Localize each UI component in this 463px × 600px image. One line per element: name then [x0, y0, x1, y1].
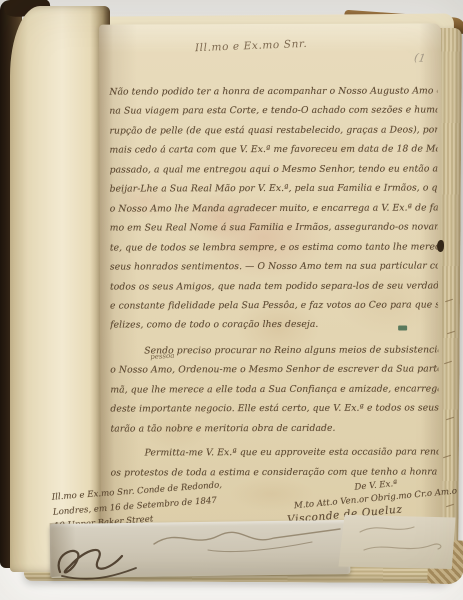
folio-number: (1 — [413, 51, 426, 66]
manuscript-line: mais cedo á carta com que V. Ex.ª me fav… — [109, 140, 437, 161]
manuscript-line: na Sua viagem para esta Corte, e tendo-O… — [109, 101, 437, 122]
manuscript-line: passado, a qual me entregou aqui o Mesmo… — [110, 159, 438, 180]
green-mark — [398, 326, 407, 331]
manuscript-line: deste importante negocio. Elle está cert… — [110, 399, 438, 420]
manuscript-line: o Nosso Amo, Ordenou-me o Mesmo Senhor d… — [110, 360, 438, 381]
manuscript-line: Não tendo podido ter a honra de acompanh… — [109, 81, 437, 102]
ink-monogram-flourish — [48, 540, 148, 582]
manuscript-line: tarão a tão nobre e meritoria obra de ca… — [110, 418, 438, 439]
salutation: Ill.mo e Ex.mo Snr. — [151, 36, 351, 56]
manuscript-page: Ill.mo e Ex.mo Snr. (1 Não tendo podido … — [99, 23, 443, 558]
manuscript-line: mã, que lhe merece a elle toda a Sua Con… — [110, 379, 438, 400]
manuscript-line: seus honrados sentimentos. — O Nosso Amo… — [110, 256, 438, 277]
manuscript-line: todos os seus Amigos, que nada tem podid… — [110, 276, 438, 297]
manuscript-line: te, que de todos se lembra sempre, e os … — [110, 237, 438, 258]
interlinear-insertion: pessoa — [150, 352, 175, 361]
manuscript-line: Permitta-me V. Ex.ª que eu approveite es… — [111, 443, 439, 464]
pencil-scrawl — [352, 516, 452, 566]
manuscript-line: e constante fidelidade pela Sua Pessôa, … — [110, 295, 438, 316]
manuscript-line: beijar-Lhe a Sua Real Mão por V. Ex.ª, p… — [110, 179, 438, 200]
letter-body: Não tendo podido ter a honra de acompanh… — [109, 81, 438, 482]
manuscript-photo: Ill.mo e Ex.mo Snr. (1 Não tendo podido … — [0, 0, 463, 600]
manuscript-line: mo em Seu Real Nome á sua Familia e Irmã… — [110, 218, 438, 239]
ink-blot — [437, 240, 444, 252]
manuscript-line: o Nosso Amo lhe Manda agradecer muito, e… — [110, 198, 438, 219]
manuscript-text: Ill.mo e Ex.mo Snr. (1 Não tendo podido … — [99, 23, 443, 558]
manuscript-line: rupção de pelle (de que está quasi resta… — [109, 120, 437, 141]
pencil-signature-flourish — [148, 518, 353, 560]
manuscript-line: felizes, como de todo o coração lhes des… — [110, 315, 438, 336]
